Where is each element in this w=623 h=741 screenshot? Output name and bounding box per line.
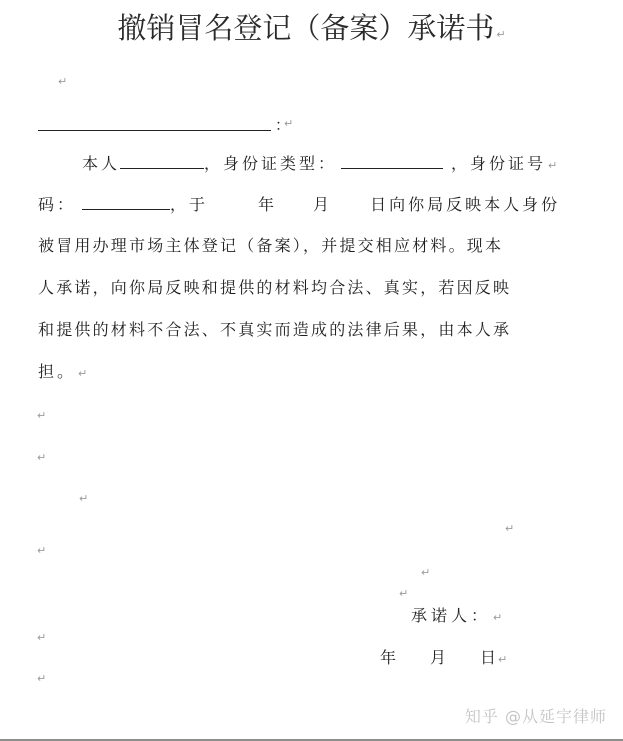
text-id-number-label: ，身份证号: [451, 154, 546, 173]
paragraph-mark-icon: ↵: [58, 76, 67, 88]
paragraph-mark-icon: ↵: [548, 160, 560, 172]
paragraph-mark-icon: ↵: [37, 410, 46, 422]
paragraph-mark-icon: ↵: [37, 673, 46, 685]
body-line-2: 码：，于年月日向你局反映本人身份: [38, 194, 594, 215]
id-number-blank-field[interactable]: [82, 194, 170, 210]
sig-month: 月: [430, 648, 446, 667]
sig-year: 年: [380, 648, 396, 667]
text-report-identity: 日向你局反映本人身份: [370, 195, 560, 214]
text-yu: ，于: [170, 195, 208, 214]
paragraph-mark-icon: ↵: [505, 523, 514, 535]
paragraph-mark-icon: ↵: [421, 567, 430, 579]
text-month: 月: [313, 195, 332, 214]
body-line-1: 本人，身份证类型：，身份证号↵: [82, 153, 623, 174]
paragraph-mark-icon: ↵: [284, 118, 293, 130]
text-benren: 本人: [82, 154, 120, 173]
paragraph-mark-icon: ↵: [496, 29, 505, 41]
id-type-blank-field[interactable]: [341, 153, 443, 169]
body-line-4: 人承诺，向你局反映和提供的材料均合法、真实，若因反映: [38, 278, 594, 298]
signatory-text: 承诺人：: [411, 606, 491, 625]
watermark: 知乎 @从延宇律师: [465, 704, 607, 727]
signatory-label: 承诺人：↵: [411, 603, 506, 626]
text-ma: 码：: [38, 195, 76, 214]
document-title: 撤销冒名登记（备案）承诺书↵: [0, 8, 623, 48]
text-id-type-label: ，身份证类型：: [204, 154, 337, 173]
signature-date: 年月日↵: [380, 645, 507, 668]
paragraph-mark-icon: ↵: [37, 632, 46, 644]
paragraph-mark-icon: ↵: [78, 368, 90, 380]
recipient-blank-field[interactable]: [38, 130, 271, 131]
paragraph-mark-icon: ↵: [498, 654, 507, 666]
text-year: 年: [258, 195, 277, 214]
paragraph-mark-icon: ↵: [79, 493, 88, 505]
paragraph-mark-icon: ↵: [37, 452, 46, 464]
paragraph-mark-icon: ↵: [399, 588, 408, 600]
body-line-3: 被冒用办理市场主体登记（备案），并提交相应材料。现本: [38, 236, 594, 256]
title-text: 撤销冒名登记（备案）承诺书: [117, 11, 494, 45]
body-line-6: 担。↵: [38, 362, 594, 382]
paragraph-mark-icon: ↵: [493, 612, 506, 624]
name-blank-field[interactable]: [120, 153, 204, 169]
sig-day: 日: [480, 648, 496, 667]
text-dan: 担。: [38, 362, 76, 381]
body-line-5: 和提供的材料不合法、不真实而造成的法律后果，由本人承: [38, 320, 594, 340]
paragraph-mark-icon: ↵: [37, 545, 46, 557]
